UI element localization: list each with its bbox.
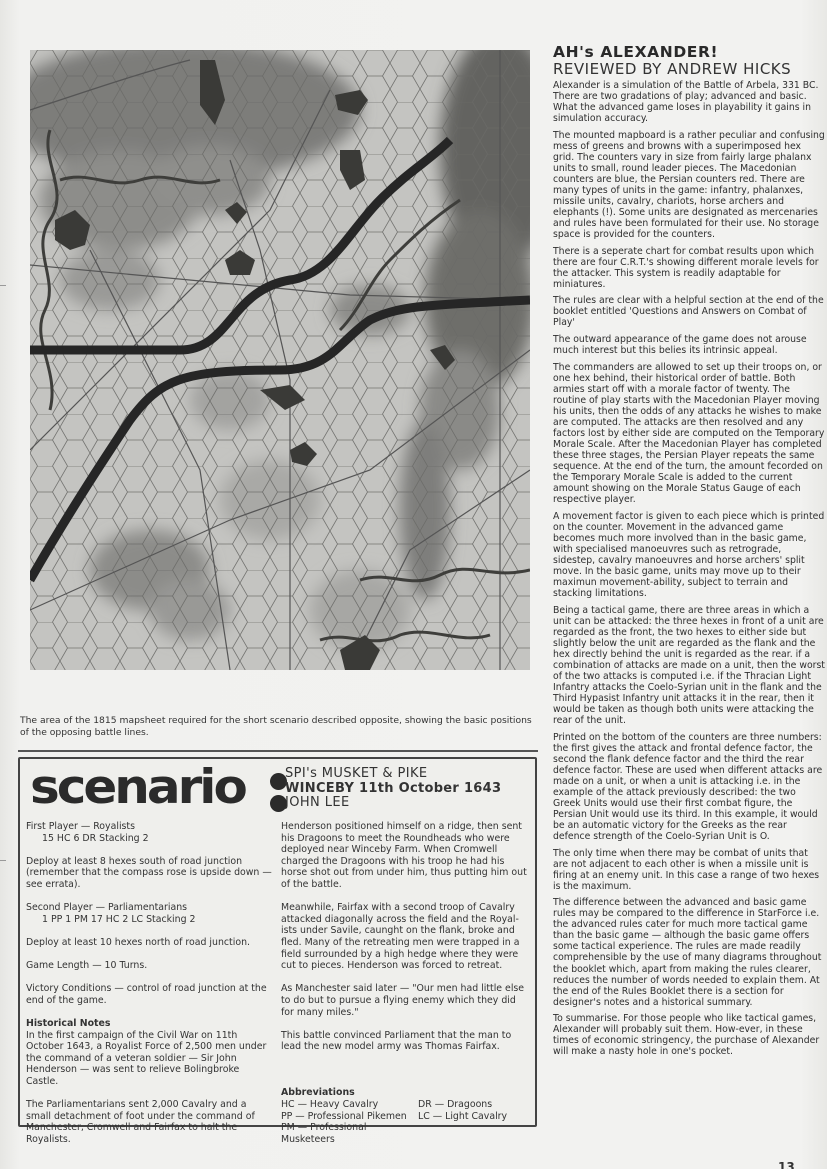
scenario-paragraph: Henderson positioned himself on a ridge,… (281, 821, 531, 891)
scenario-logo-word: scenario (30, 765, 245, 809)
page-number: 13 (778, 1160, 795, 1169)
second-player-forces: 1 PP 1 PM 17 HC 2 LC Stacking 2 (26, 914, 274, 926)
scenario-right-column: Henderson positioned himself on a ridge,… (281, 821, 531, 1145)
abbreviation-item: HC — Heavy Cavalry (281, 1099, 418, 1111)
review-paragraph: The outward appearance of the game does … (553, 334, 825, 356)
hex-map-illustration (30, 50, 530, 670)
historical-notes-p2: The Parliamentarians sent 2,000 Cavalry … (26, 1099, 274, 1145)
first-player-forces: 15 HC 6 DR Stacking 2 (26, 833, 274, 845)
scenario-logo: scenario (30, 765, 300, 811)
scenario-heading: SPI's MUSKET & PIKE WINCEBY 11th October… (285, 767, 501, 811)
review-paragraph: A movement factor is given to each piece… (553, 511, 825, 599)
review-paragraph: The commanders are allowed to set up the… (553, 362, 825, 506)
review-paragraph: The rules are clear with a helpful secti… (553, 295, 825, 328)
game-length: Game Length — 10 Turns. (26, 960, 274, 972)
deploy-second: Deploy at least 10 hexes north of road j… (26, 937, 274, 949)
abbreviation-item: PM — Professional Musketeers (281, 1122, 418, 1145)
second-player: Second Player — Parliamentarians (26, 902, 187, 913)
abbreviation-item: LC — Light Cavalry (418, 1111, 528, 1123)
scenario-author: JOHN LEE (285, 796, 501, 811)
battle-map-image (30, 50, 530, 670)
scenario-battle-title: WINCEBY 11th October 1643 (285, 782, 501, 797)
review-paragraph: To summarise. For those people who like … (553, 1013, 825, 1057)
first-player: First Player — Royalists (26, 821, 135, 832)
review-paragraph: Being a tactical game, there are three a… (553, 605, 825, 727)
abbreviation-item: DR — Dragoons (418, 1099, 528, 1111)
review-paragraph: The mounted mapboard is a rather peculia… (553, 130, 825, 240)
review-byline: REVIEWED BY ANDREW HICKS (553, 61, 825, 77)
scenario-paragraph: Meanwhile, Fairfax with a second troop o… (281, 902, 531, 972)
victory-conditions: Victory Conditions — control of road jun… (26, 983, 274, 1006)
review-paragraph: Alexander is a simulation of the Battle … (553, 80, 825, 124)
abbreviations-heading: Abbreviations (281, 1087, 531, 1099)
scenario-game-title: SPI's MUSKET & PIKE (285, 767, 501, 782)
section-divider (18, 750, 538, 752)
abbreviation-item (418, 1122, 528, 1145)
scenario-paragraph: This battle convinced Parliament that th… (281, 1030, 531, 1053)
historical-notes-heading: Historical Notes (26, 1018, 274, 1030)
margin-mark (0, 860, 6, 861)
review-article: AH's ALEXANDER! REVIEWED BY ANDREW HICKS… (553, 44, 825, 1063)
margin-mark (0, 285, 6, 286)
review-paragraph: There is a seperate chart for combat res… (553, 246, 825, 290)
review-body: Alexander is a simulation of the Battle … (553, 80, 825, 1057)
abbreviation-item: PP — Professional Pikemen (281, 1111, 418, 1123)
review-paragraph: The difference between the advanced and … (553, 897, 825, 1007)
scenario-box: scenario SPI's MUSKET & PIKE WINCEBY 11t… (18, 757, 537, 1127)
map-caption: The area of the 1815 mapsheet required f… (20, 715, 540, 738)
historical-notes-p1: In the first campaign of the Civil War o… (26, 1030, 266, 1087)
review-paragraph: Printed on the bottom of the counters ar… (553, 732, 825, 842)
review-title: AH's ALEXANDER! (553, 44, 825, 61)
deploy-first: Deploy at least 8 hexes south of road ju… (26, 856, 274, 891)
scenario-paragraph: As Manchester said later — "Our men had … (281, 983, 531, 1018)
abbreviations-list: HC — Heavy Cavalry DR — Dragoons PP — Pr… (281, 1099, 531, 1145)
review-paragraph: The only time when there may be combat o… (553, 848, 825, 892)
scenario-left-column: First Player — Royalists 15 HC 6 DR Stac… (26, 821, 274, 1157)
